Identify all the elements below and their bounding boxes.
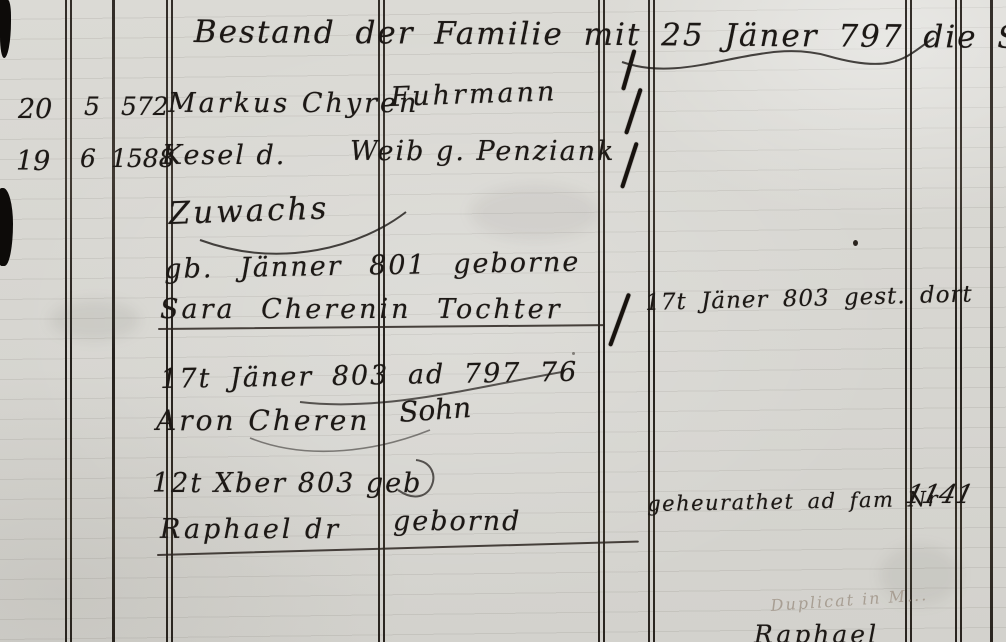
page-header-title: Bestand der Familie mit 25 Jäner 797 die… [194, 14, 1006, 57]
column-rule [960, 0, 962, 642]
child-label: gebornd [393, 506, 521, 537]
son-name: Aron Cheren [156, 404, 370, 437]
date-note: 17t Jäner 803 ad 797 76 [160, 357, 579, 395]
row-number: 19 [16, 146, 50, 177]
ink-speck [572, 352, 575, 355]
row-number: 20 [18, 94, 52, 125]
clipped-bottom-text: Raphael [754, 620, 879, 642]
row-count: 6 [80, 144, 96, 173]
column-rule [990, 0, 993, 642]
column-rule [598, 0, 600, 642]
column-rule [653, 0, 655, 642]
column-rule [648, 0, 650, 642]
son-label: Sohn [398, 391, 472, 429]
ink-speck [853, 240, 858, 246]
tally-mark [621, 49, 636, 90]
paper-smudge [50, 300, 140, 340]
scan-edge-blot [0, 0, 11, 58]
family-number: 1141 [903, 480, 977, 510]
register-page-scan: Bestand der Familie mit 25 Jäner 797 die… [0, 0, 1006, 642]
person-name: Kesel d. [162, 140, 286, 171]
section-label: Zuwachs [168, 190, 330, 232]
column-rule [603, 0, 605, 642]
death-note: 17t Jäner 803 gest. dort [645, 281, 973, 316]
birth-date-line: gb. Jänner 801 geborne [164, 247, 581, 285]
row-folio: 572 [121, 92, 169, 121]
person-relation: Weib g. Penziank [350, 136, 616, 167]
scan-edge-blot [0, 188, 13, 266]
daughter-name: Sara Cherenin Tochter [160, 294, 563, 325]
paper-smudge [470, 185, 600, 240]
tally-mark [620, 142, 638, 189]
child-name: Raphael dr [160, 514, 341, 545]
birth-date-line-2: 12t Xber 803 geb [152, 468, 422, 499]
person-name: Markus Chyren [168, 88, 419, 119]
tally-mark [624, 88, 642, 135]
tally-mark [608, 293, 630, 347]
marriage-note: geheurathet ad fam Nr [647, 487, 939, 516]
row-count: 5 [84, 92, 100, 121]
person-occupation: Fuhrmann [390, 76, 558, 113]
column-rule [955, 0, 957, 642]
